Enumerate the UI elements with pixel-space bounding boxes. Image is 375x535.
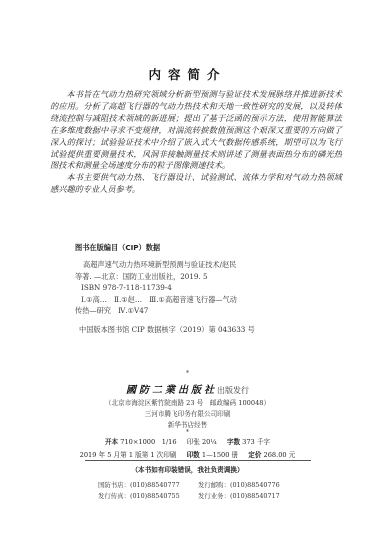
replacement-notice: （本书如有印装错误，我社负责调换） xyxy=(0,464,375,474)
contact-fax: 发行传真：(010)88540755 xyxy=(98,491,198,502)
format-value: 710×1000 1/16 xyxy=(120,438,176,446)
edition-specs-line: 2019 年 5 月第 1 版第 1 次印刷 印数 1—1500 册 定价 26… xyxy=(0,449,375,459)
cip-data-block: 图书在版编目（CIP）数据 高超声速气动力热环境新型预测与验证技术/赵民 等著.… xyxy=(75,243,315,336)
contact-row: 国防书店：(010)88540777 发行邮购：(010)88540776 xyxy=(98,480,298,491)
divider-rule xyxy=(85,460,311,461)
contact-business: 发行业务：(010)88540717 xyxy=(198,491,298,502)
publisher-line: 國防二業出版社出版发行 xyxy=(0,381,375,396)
abstract-paragraph: 本书主要供气动力热、飞行器设计、试验测试、流体力学和对气动力热领域感兴趣的专业人… xyxy=(50,172,342,196)
cip-line: 传热—研究 Ⅳ.①V47 xyxy=(75,305,315,317)
contact-phone: (010)88540755 xyxy=(130,492,180,500)
separator-star: * xyxy=(0,370,375,377)
abstract-paragraph: 本书旨在气动力热研究领域分析新型预测与验证技术发展脉络并推进新技术的应用。分析了… xyxy=(50,89,342,172)
cip-verification: 中国版本图书馆 CIP 数据核字（2019）第 043633 号 xyxy=(75,324,315,336)
cip-line: ISBN 978-7-118-11739-4 xyxy=(75,282,315,294)
sheets-label: 印张 xyxy=(187,438,200,446)
edition-info: 2019 年 5 月第 1 版第 1 次印刷 xyxy=(80,451,177,459)
publisher-logo-suffix: 出版发行 xyxy=(217,386,249,395)
page-title: 内容简介 xyxy=(0,65,375,83)
print-run-label: 印数 xyxy=(187,451,200,459)
separator-star: * xyxy=(0,429,375,436)
print-run-value: 1—1500 册 xyxy=(202,451,238,459)
publisher-logo: 國防二業出版社 xyxy=(126,385,217,396)
publisher-address: （北京市海淀区紫竹院南路 23 号 邮政编码 100048） xyxy=(0,397,375,407)
cip-line: 高超声速气动力热环境新型预测与验证技术/赵民 xyxy=(75,259,315,271)
price-value: 268.00 元 xyxy=(264,451,296,459)
contact-label: 国防书店 xyxy=(98,481,124,489)
contact-label: 发行业务 xyxy=(198,492,224,500)
cip-line: 等著. —北京：国防工业出版社，2019. 5 xyxy=(75,271,315,283)
contact-table: 国防书店：(010)88540777 发行邮购：(010)88540776 发行… xyxy=(98,480,298,502)
contact-phone: (010)88540777 xyxy=(130,481,180,489)
words-value: 373 千字 xyxy=(242,438,270,446)
contact-phone: (010)88540717 xyxy=(230,492,280,500)
format-label: 开本 xyxy=(105,438,118,446)
contact-label: 发行邮购 xyxy=(198,481,224,489)
contact-bookstore: 国防书店：(010)88540777 xyxy=(98,480,198,491)
words-label: 字数 xyxy=(227,438,240,446)
contact-row: 发行传真：(010)88540755 发行业务：(010)88540717 xyxy=(98,491,298,502)
contact-mail-order: 发行邮购：(010)88540776 xyxy=(198,480,298,491)
contact-phone: (010)88540776 xyxy=(230,481,280,489)
printer-line: 三河市腾飞印务有限公司印刷 xyxy=(0,408,375,418)
price-label: 定价 xyxy=(248,451,261,459)
distributor-line: 新华书店经售 xyxy=(0,419,375,429)
cip-line: Ⅰ.①高… Ⅱ.①赵… Ⅲ.①高超音速飞行器—气动 xyxy=(75,294,315,306)
cip-heading: 图书在版编目（CIP）数据 xyxy=(75,243,315,253)
sheets-value: 20¼ xyxy=(202,438,217,446)
abstract-text: 本书旨在气动力热研究领域分析新型预测与验证技术发展脉络并推进新技术的应用。分析了… xyxy=(50,89,342,196)
format-specs-line: 开本 710×1000 1/16 印张 20¼ 字数 373 千字 xyxy=(0,436,375,446)
contact-label: 发行传真 xyxy=(98,492,124,500)
